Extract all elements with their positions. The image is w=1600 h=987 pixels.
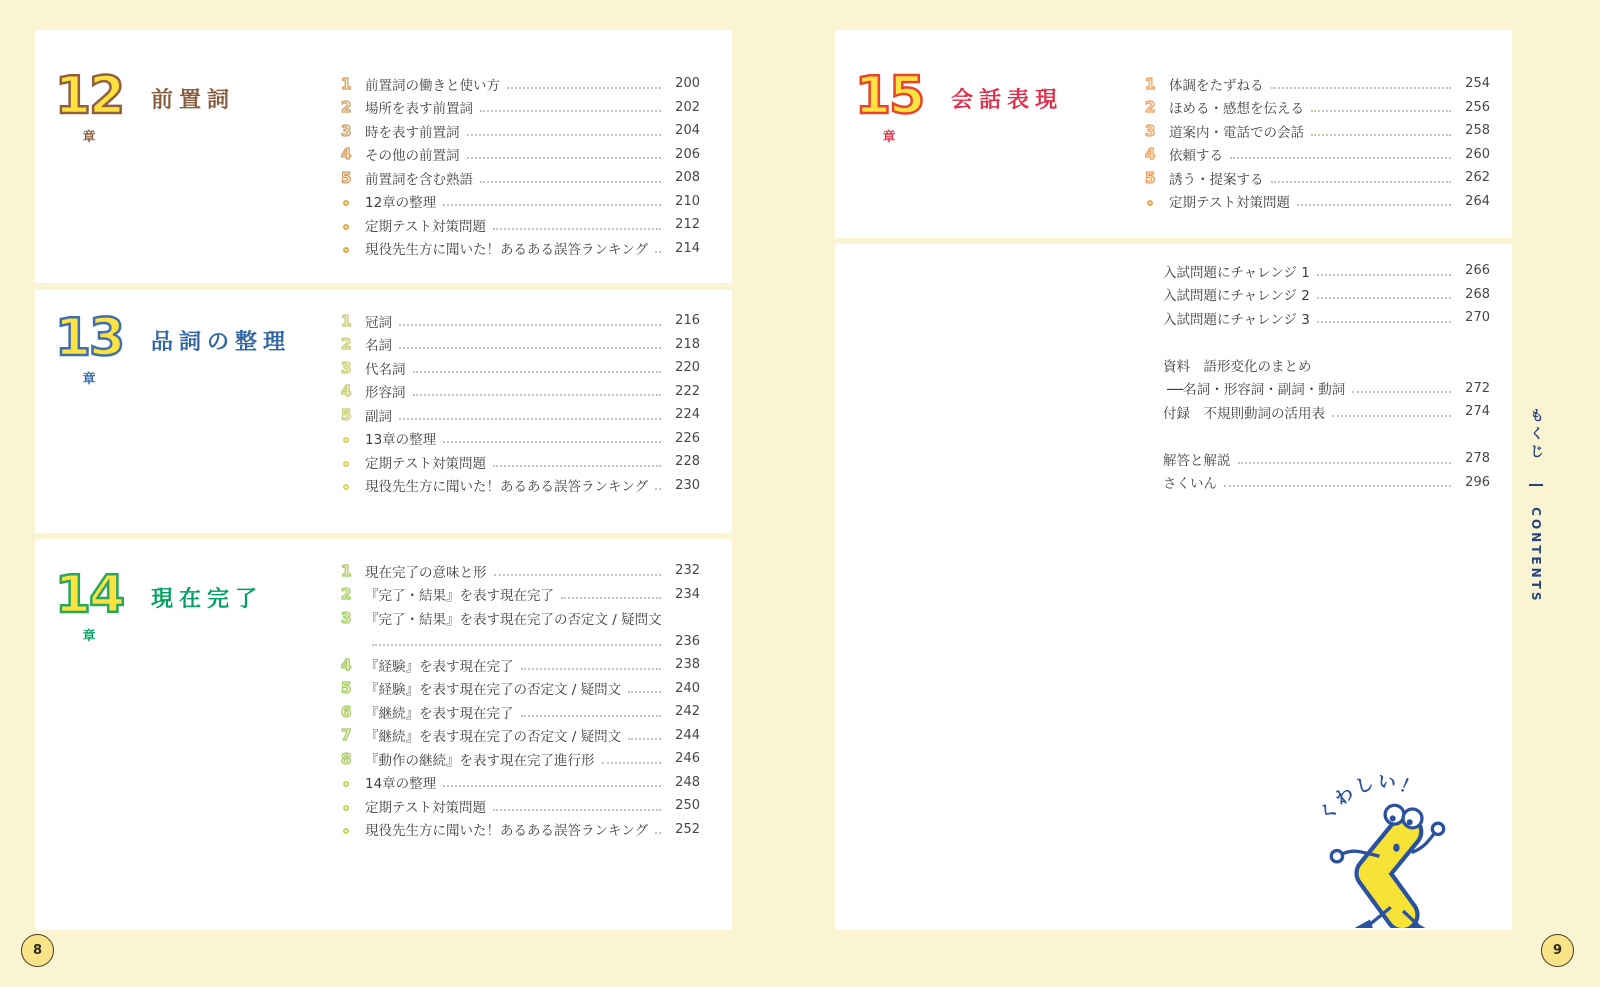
toc-item-marker bbox=[341, 192, 365, 210]
toc-item-page: 246 bbox=[668, 751, 700, 766]
toc-row: 4 その他の前置詞 206 bbox=[341, 143, 700, 167]
dotted-leader bbox=[628, 738, 661, 740]
chapter-number: 14 bbox=[47, 569, 131, 621]
toc-item-label: 前置詞の働きと使い方 bbox=[365, 74, 500, 94]
mascot-right-pupil bbox=[1407, 819, 1413, 825]
chapter-suffix-label: 章 bbox=[847, 126, 931, 145]
toc-item-page: 224 bbox=[668, 407, 700, 422]
dotted-leader bbox=[480, 110, 661, 112]
toc-item-label: 資料 語形変化のまとめ bbox=[1163, 355, 1312, 375]
chapter-number: 13 bbox=[47, 312, 131, 364]
toc-item-label: その他の前置詞 bbox=[365, 144, 460, 164]
toc-item-marker: 7 bbox=[341, 726, 365, 744]
chapter-header: 15 章 会話表現 bbox=[847, 70, 1063, 145]
toc-item-page: 244 bbox=[668, 728, 700, 743]
dotted-leader bbox=[413, 394, 662, 396]
toc-item-marker: 3 bbox=[341, 609, 365, 627]
chapter-title: 会話表現 bbox=[951, 83, 1063, 114]
toc-item-page: 216 bbox=[668, 313, 700, 328]
toc-item-page: 296 bbox=[1458, 475, 1490, 490]
toc-item-page: 254 bbox=[1458, 76, 1490, 91]
mascot-right-hand bbox=[1432, 823, 1443, 834]
toc-item-marker: 5 bbox=[341, 679, 365, 697]
toc-item-marker bbox=[341, 429, 365, 447]
chapter-suffix-label: 章 bbox=[47, 126, 131, 145]
toc-item-marker bbox=[341, 773, 365, 791]
dotted-leader bbox=[628, 691, 661, 693]
toc-item-page: 206 bbox=[668, 147, 700, 162]
toc-item-marker: 2 bbox=[341, 335, 365, 353]
toc-item-marker bbox=[341, 797, 365, 815]
toc-item-label: 『継続』を表す現在完了 bbox=[365, 702, 514, 722]
toc-row: 236 bbox=[341, 630, 700, 654]
toc-row: 12章の整理 210 bbox=[341, 190, 700, 214]
toc-item-label: 入試問題にチャレンジ 3 bbox=[1163, 308, 1310, 328]
extras-list: 入試問題にチャレンジ 1 266 入試問題にチャレンジ 2 268 入試問題にチ… bbox=[1163, 259, 1490, 494]
toc-item-label: 現役先生方に聞いた！あるある誤答ランキング bbox=[365, 475, 648, 495]
dotted-leader bbox=[1332, 415, 1451, 417]
toc-item-page: 200 bbox=[668, 76, 700, 91]
toc-item-page: 204 bbox=[668, 123, 700, 138]
toc-row: 2 場所を表す前置詞 202 bbox=[341, 96, 700, 120]
toc-item-page: 232 bbox=[668, 563, 700, 578]
dotted-leader bbox=[1297, 204, 1451, 206]
toc-item-marker: 4 bbox=[341, 145, 365, 163]
toc-item-label: ──名詞・形容詞・副詞・動詞 bbox=[1163, 378, 1345, 398]
bullet-circle-icon bbox=[343, 781, 349, 787]
dotted-leader bbox=[655, 832, 661, 834]
toc-row: 1 冠詞 216 bbox=[341, 309, 700, 333]
bullet-circle-icon bbox=[343, 200, 349, 206]
toc-item-label: 現役先生方に聞いた！あるある誤答ランキング bbox=[365, 238, 648, 258]
dotted-leader bbox=[372, 644, 661, 646]
toc-item-page: 236 bbox=[668, 634, 700, 649]
toc-row: 3 代名詞 220 bbox=[341, 356, 700, 380]
chapter-number-block: 14 章 bbox=[47, 569, 131, 644]
toc-item-label: 『経験』を表す現在完了の否定文 / 疑問文 bbox=[365, 678, 621, 698]
mascot-left-pupil bbox=[1390, 815, 1396, 821]
edge-tab-separator bbox=[1529, 484, 1543, 486]
toc-item-page: 274 bbox=[1458, 404, 1490, 419]
toc-item-label: 前置詞を含む熟語 bbox=[365, 168, 473, 188]
toc-row: 14章の整理 248 bbox=[341, 771, 700, 795]
dotted-leader bbox=[399, 324, 661, 326]
toc-item-label: さくいん bbox=[1163, 472, 1217, 492]
dotted-leader bbox=[1317, 321, 1451, 323]
toc-row: 5 誘う・提案する 262 bbox=[1145, 166, 1490, 190]
dotted-leader bbox=[507, 87, 661, 89]
toc-item-label: 定期テスト対策問題 bbox=[365, 796, 486, 816]
dotted-leader bbox=[494, 574, 662, 576]
toc-list: 1 体調をたずねる 254 2 ほめる・感想を伝える 256 3 道案内・電話で… bbox=[1145, 72, 1490, 213]
mascot-left-hand bbox=[1331, 851, 1342, 862]
toc-item-marker: 3 bbox=[341, 122, 365, 140]
toc-row: 解答と解説 278 bbox=[1163, 447, 1490, 471]
toc-item-page: 256 bbox=[1458, 100, 1490, 115]
toc-row: 4 依頼する 260 bbox=[1145, 143, 1490, 167]
toc-item-page: 208 bbox=[668, 170, 700, 185]
bullet-circle-icon bbox=[343, 484, 349, 490]
toc-row: 入試問題にチャレンジ 3 270 bbox=[1163, 306, 1490, 330]
book-spread: 12 章 前置詞 1 前置詞の働きと使い方 200 2 場所を表す前置詞 202… bbox=[0, 0, 1600, 987]
chapter-suffix-label: 章 bbox=[47, 625, 131, 644]
dotted-leader bbox=[521, 715, 662, 717]
toc-item-page: 240 bbox=[668, 681, 700, 696]
toc-item-page: 230 bbox=[668, 478, 700, 493]
toc-row: さくいん 296 bbox=[1163, 471, 1490, 495]
dotted-leader bbox=[399, 347, 661, 349]
toc-item-label: 14章の整理 bbox=[365, 772, 436, 792]
toc-item-page: 238 bbox=[668, 657, 700, 672]
toc-row: 資料 語形変化のまとめ bbox=[1163, 353, 1490, 377]
toc-row: 現役先生方に聞いた！あるある誤答ランキング 230 bbox=[341, 474, 700, 498]
dotted-leader bbox=[1238, 462, 1452, 464]
toc-row: 7 『継続』を表す現在完了の否定文 / 疑問文 244 bbox=[341, 724, 700, 748]
toc-item-marker: 5 bbox=[341, 169, 365, 187]
toc-item-page: 266 bbox=[1458, 263, 1490, 278]
toc-row: 3 『完了・結果』を表す現在完了の否定文 / 疑問文 bbox=[341, 606, 700, 630]
chapter-header: 13 章 品詞の整理 bbox=[47, 312, 291, 387]
toc-item-marker bbox=[341, 239, 365, 257]
toc-row: 3 道案内・電話での会話 258 bbox=[1145, 119, 1490, 143]
dotted-leader bbox=[602, 762, 662, 764]
toc-row: 4 『経験』を表す現在完了 238 bbox=[341, 653, 700, 677]
toc-item-label: 付録 不規則動詞の活用表 bbox=[1163, 402, 1325, 422]
bullet-circle-icon bbox=[343, 805, 349, 811]
toc-row: 5 副詞 224 bbox=[341, 403, 700, 427]
chapter-12-panel: 12 章 前置詞 1 前置詞の働きと使い方 200 2 場所を表す前置詞 202… bbox=[35, 30, 732, 283]
dotted-leader bbox=[521, 668, 662, 670]
dotted-leader bbox=[467, 134, 662, 136]
toc-item-page: 270 bbox=[1458, 310, 1490, 325]
toc-item-page: 220 bbox=[668, 360, 700, 375]
edge-tab-jp-label: もくじ bbox=[1528, 408, 1544, 462]
dotted-leader bbox=[1230, 157, 1451, 159]
toc-item-page: 210 bbox=[668, 194, 700, 209]
toc-item-label: 体調をたずねる bbox=[1169, 74, 1264, 94]
bullet-circle-icon bbox=[343, 828, 349, 834]
dotted-leader bbox=[443, 441, 661, 443]
toc-row: 5 前置詞を含む熟語 208 bbox=[341, 166, 700, 190]
toc-item-page: 222 bbox=[668, 384, 700, 399]
toc-item-label: 定期テスト対策問題 bbox=[1169, 191, 1290, 211]
toc-row: 13章の整理 226 bbox=[341, 427, 700, 451]
toc-item-marker: 1 bbox=[341, 312, 365, 330]
dotted-leader bbox=[655, 488, 661, 490]
dotted-leader bbox=[480, 181, 661, 183]
chapter-14-panel: 14 章 現在完了 1 現在完了の意味と形 232 2 『完了・結果』を表す現在… bbox=[35, 539, 732, 930]
toc-row: 定期テスト対策問題 264 bbox=[1145, 190, 1490, 214]
toc-item-marker: 2 bbox=[341, 98, 365, 116]
toc-row: 1 体調をたずねる 254 bbox=[1145, 72, 1490, 96]
toc-item-marker: 3 bbox=[1145, 122, 1169, 140]
toc-item-label: 入試問題にチャレンジ 2 bbox=[1163, 284, 1310, 304]
dotted-leader bbox=[493, 809, 661, 811]
mascot-left-shoe bbox=[1351, 920, 1374, 929]
dotted-leader bbox=[1352, 391, 1451, 393]
toc-item-label: 『経験』を表す現在完了 bbox=[365, 655, 514, 675]
chapter-title: 前置詞 bbox=[151, 83, 235, 114]
chapter-13-panel: 13 章 品詞の整理 1 冠詞 216 2 名詞 218 3 代名詞 220 4… bbox=[35, 290, 732, 533]
dotted-leader bbox=[655, 251, 661, 253]
toc-item-page: 202 bbox=[668, 100, 700, 115]
dotted-leader bbox=[1224, 485, 1451, 487]
edge-tab-contents: もくじ CONTENTS bbox=[1526, 408, 1546, 603]
toc-item-label: 副詞 bbox=[365, 405, 392, 425]
dotted-leader bbox=[561, 597, 661, 599]
toc-row: 3 時を表す前置詞 204 bbox=[341, 119, 700, 143]
toc-item-label: 誘う・提案する bbox=[1169, 168, 1264, 188]
toc-item-page: 218 bbox=[668, 337, 700, 352]
toc-row: 2 『完了・結果』を表す現在完了 234 bbox=[341, 583, 700, 607]
toc-list: 1 現在完了の意味と形 232 2 『完了・結果』を表す現在完了 234 3 『… bbox=[341, 559, 700, 841]
toc-list: 1 冠詞 216 2 名詞 218 3 代名詞 220 4 形容詞 222 5 … bbox=[341, 309, 700, 497]
toc-item-page: 242 bbox=[668, 704, 700, 719]
bullet-circle-icon bbox=[343, 437, 349, 443]
dotted-leader bbox=[399, 418, 661, 420]
kuwashii-mascot-illustration: くわしい！ bbox=[1307, 758, 1467, 928]
toc-item-page: 234 bbox=[668, 587, 700, 602]
extras-panel: 入試問題にチャレンジ 1 266 入試問題にチャレンジ 2 268 入試問題にチ… bbox=[835, 244, 1512, 930]
toc-item-marker: 6 bbox=[341, 703, 365, 721]
toc-item-label: 代名詞 bbox=[365, 358, 406, 378]
toc-item-marker bbox=[341, 453, 365, 471]
mascot-right-eye bbox=[1403, 809, 1422, 828]
toc-item-label: 『完了・結果』を表す現在完了の否定文 / 疑問文 bbox=[365, 608, 662, 628]
toc-item-label: 冠詞 bbox=[365, 311, 392, 331]
toc-item-page: 226 bbox=[668, 431, 700, 446]
toc-item-label: 場所を表す前置詞 bbox=[365, 97, 473, 117]
dotted-leader bbox=[1311, 134, 1451, 136]
toc-item-label: ほめる・感想を伝える bbox=[1169, 97, 1304, 117]
toc-item-label: 名詞 bbox=[365, 334, 392, 354]
toc-item-marker bbox=[341, 820, 365, 838]
toc-item-label: 現役先生方に聞いた！あるある誤答ランキング bbox=[365, 819, 648, 839]
dotted-leader bbox=[493, 228, 661, 230]
toc-row: 定期テスト対策問題 228 bbox=[341, 450, 700, 474]
bullet-circle-icon bbox=[343, 247, 349, 253]
toc-item-marker: 1 bbox=[1145, 75, 1169, 93]
toc-row: ──名詞・形容詞・副詞・動詞 272 bbox=[1163, 377, 1490, 401]
toc-item-label: 『継続』を表す現在完了の否定文 / 疑問文 bbox=[365, 725, 621, 745]
toc-item-label: 定期テスト対策問題 bbox=[365, 452, 486, 472]
page-number-right: 9 bbox=[1541, 934, 1574, 967]
toc-item-label: 定期テスト対策問題 bbox=[365, 215, 486, 235]
toc-row: 1 現在完了の意味と形 232 bbox=[341, 559, 700, 583]
toc-row: 6 『継続』を表す現在完了 242 bbox=[341, 700, 700, 724]
dotted-leader bbox=[1311, 110, 1451, 112]
toc-item-label: 依頼する bbox=[1169, 144, 1223, 164]
toc-item-page: 264 bbox=[1458, 194, 1490, 209]
toc-row: 現役先生方に聞いた！あるある誤答ランキング 252 bbox=[341, 818, 700, 842]
toc-row: 付録 不規則動詞の活用表 274 bbox=[1163, 400, 1490, 424]
chapter-number-block: 15 章 bbox=[847, 70, 931, 145]
toc-item-label: 『動作の継続』を表す現在完了進行形 bbox=[365, 749, 595, 769]
dotted-leader bbox=[443, 785, 661, 787]
toc-row: 5 『経験』を表す現在完了の否定文 / 疑問文 240 bbox=[341, 677, 700, 701]
mascot-mouth bbox=[1393, 844, 1399, 852]
dotted-leader bbox=[443, 204, 661, 206]
toc-row: 2 ほめる・感想を伝える 256 bbox=[1145, 96, 1490, 120]
toc-item-marker: 4 bbox=[341, 656, 365, 674]
toc-item-label: 13章の整理 bbox=[365, 428, 436, 448]
chapter-header: 14 章 現在完了 bbox=[47, 569, 263, 644]
toc-item-label: 現在完了の意味と形 bbox=[365, 561, 487, 581]
dotted-leader bbox=[413, 371, 662, 373]
toc-row: 8 『動作の継続』を表す現在完了進行形 246 bbox=[341, 747, 700, 771]
chapter-number-block: 12 章 bbox=[47, 70, 131, 145]
dotted-leader bbox=[493, 465, 661, 467]
dotted-leader bbox=[1271, 87, 1452, 89]
dotted-leader bbox=[467, 157, 662, 159]
toc-item-marker: 4 bbox=[341, 382, 365, 400]
toc-item-page: 252 bbox=[668, 822, 700, 837]
toc-item-page: 278 bbox=[1458, 451, 1490, 466]
chapter-number: 12 bbox=[47, 70, 131, 122]
toc-row: 2 名詞 218 bbox=[341, 333, 700, 357]
edge-tab-en-label: CONTENTS bbox=[1529, 507, 1543, 603]
chapter-header: 12 章 前置詞 bbox=[47, 70, 235, 145]
toc-item-marker: 1 bbox=[341, 75, 365, 93]
bullet-circle-icon bbox=[343, 224, 349, 230]
toc-item-label: 時を表す前置詞 bbox=[365, 121, 460, 141]
toc-item-marker bbox=[341, 476, 365, 494]
toc-row: 入試問題にチャレンジ 2 268 bbox=[1163, 283, 1490, 307]
dotted-leader bbox=[1317, 274, 1451, 276]
toc-item-page: 262 bbox=[1458, 170, 1490, 185]
chapter-15-panel: 15 章 会話表現 1 体調をたずねる 254 2 ほめる・感想を伝える 256… bbox=[835, 30, 1512, 238]
toc-item-page: 248 bbox=[668, 775, 700, 790]
toc-item-marker: 2 bbox=[1145, 98, 1169, 116]
toc-item-page: 272 bbox=[1458, 381, 1490, 396]
page-number-left: 8 bbox=[21, 934, 54, 967]
chapter-suffix-label: 章 bbox=[47, 368, 131, 387]
bullet-circle-icon bbox=[343, 461, 349, 467]
toc-row: 現役先生方に聞いた！あるある誤答ランキング 214 bbox=[341, 237, 700, 261]
chapter-number-block: 13 章 bbox=[47, 312, 131, 387]
mascot-left-eye bbox=[1385, 805, 1404, 824]
toc-item-marker: 1 bbox=[341, 562, 365, 580]
toc-row: 1 前置詞の働きと使い方 200 bbox=[341, 72, 700, 96]
toc-row: 4 形容詞 222 bbox=[341, 380, 700, 404]
toc-item-label: 入試問題にチャレンジ 1 bbox=[1163, 261, 1310, 281]
toc-item-page: 214 bbox=[668, 241, 700, 256]
toc-item-marker: 3 bbox=[341, 359, 365, 377]
chapter-title: 品詞の整理 bbox=[151, 325, 291, 356]
toc-item-page: 268 bbox=[1458, 287, 1490, 302]
toc-item-marker bbox=[341, 216, 365, 234]
toc-item-label: 形容詞 bbox=[365, 381, 406, 401]
chapter-title: 現在完了 bbox=[151, 582, 263, 613]
toc-row: 定期テスト対策問題 212 bbox=[341, 213, 700, 237]
toc-item-marker: 2 bbox=[341, 585, 365, 603]
toc-list: 1 前置詞の働きと使い方 200 2 場所を表す前置詞 202 3 時を表す前置… bbox=[341, 72, 700, 260]
toc-item-label: 解答と解説 bbox=[1163, 449, 1231, 469]
toc-item-label: 『完了・結果』を表す現在完了 bbox=[365, 584, 554, 604]
toc-item-marker: 5 bbox=[341, 406, 365, 424]
toc-item-marker: 4 bbox=[1145, 145, 1169, 163]
toc-item-label: 道案内・電話での会話 bbox=[1169, 121, 1304, 141]
chapter-number: 15 bbox=[847, 70, 931, 122]
toc-item-label: 12章の整理 bbox=[365, 191, 436, 211]
toc-item-page: 250 bbox=[668, 798, 700, 813]
toc-item-page: 258 bbox=[1458, 123, 1490, 138]
toc-item-page: 260 bbox=[1458, 147, 1490, 162]
bullet-circle-icon bbox=[1147, 200, 1153, 206]
toc-item-page: 212 bbox=[668, 217, 700, 232]
toc-row: 定期テスト対策問題 250 bbox=[341, 794, 700, 818]
toc-item-page: 228 bbox=[668, 454, 700, 469]
dotted-leader bbox=[1317, 297, 1451, 299]
toc-row: 入試問題にチャレンジ 1 266 bbox=[1163, 259, 1490, 283]
toc-item-marker bbox=[1145, 192, 1169, 210]
toc-item-marker: 8 bbox=[341, 750, 365, 768]
toc-item-marker: 5 bbox=[1145, 169, 1169, 187]
dotted-leader bbox=[1271, 181, 1452, 183]
